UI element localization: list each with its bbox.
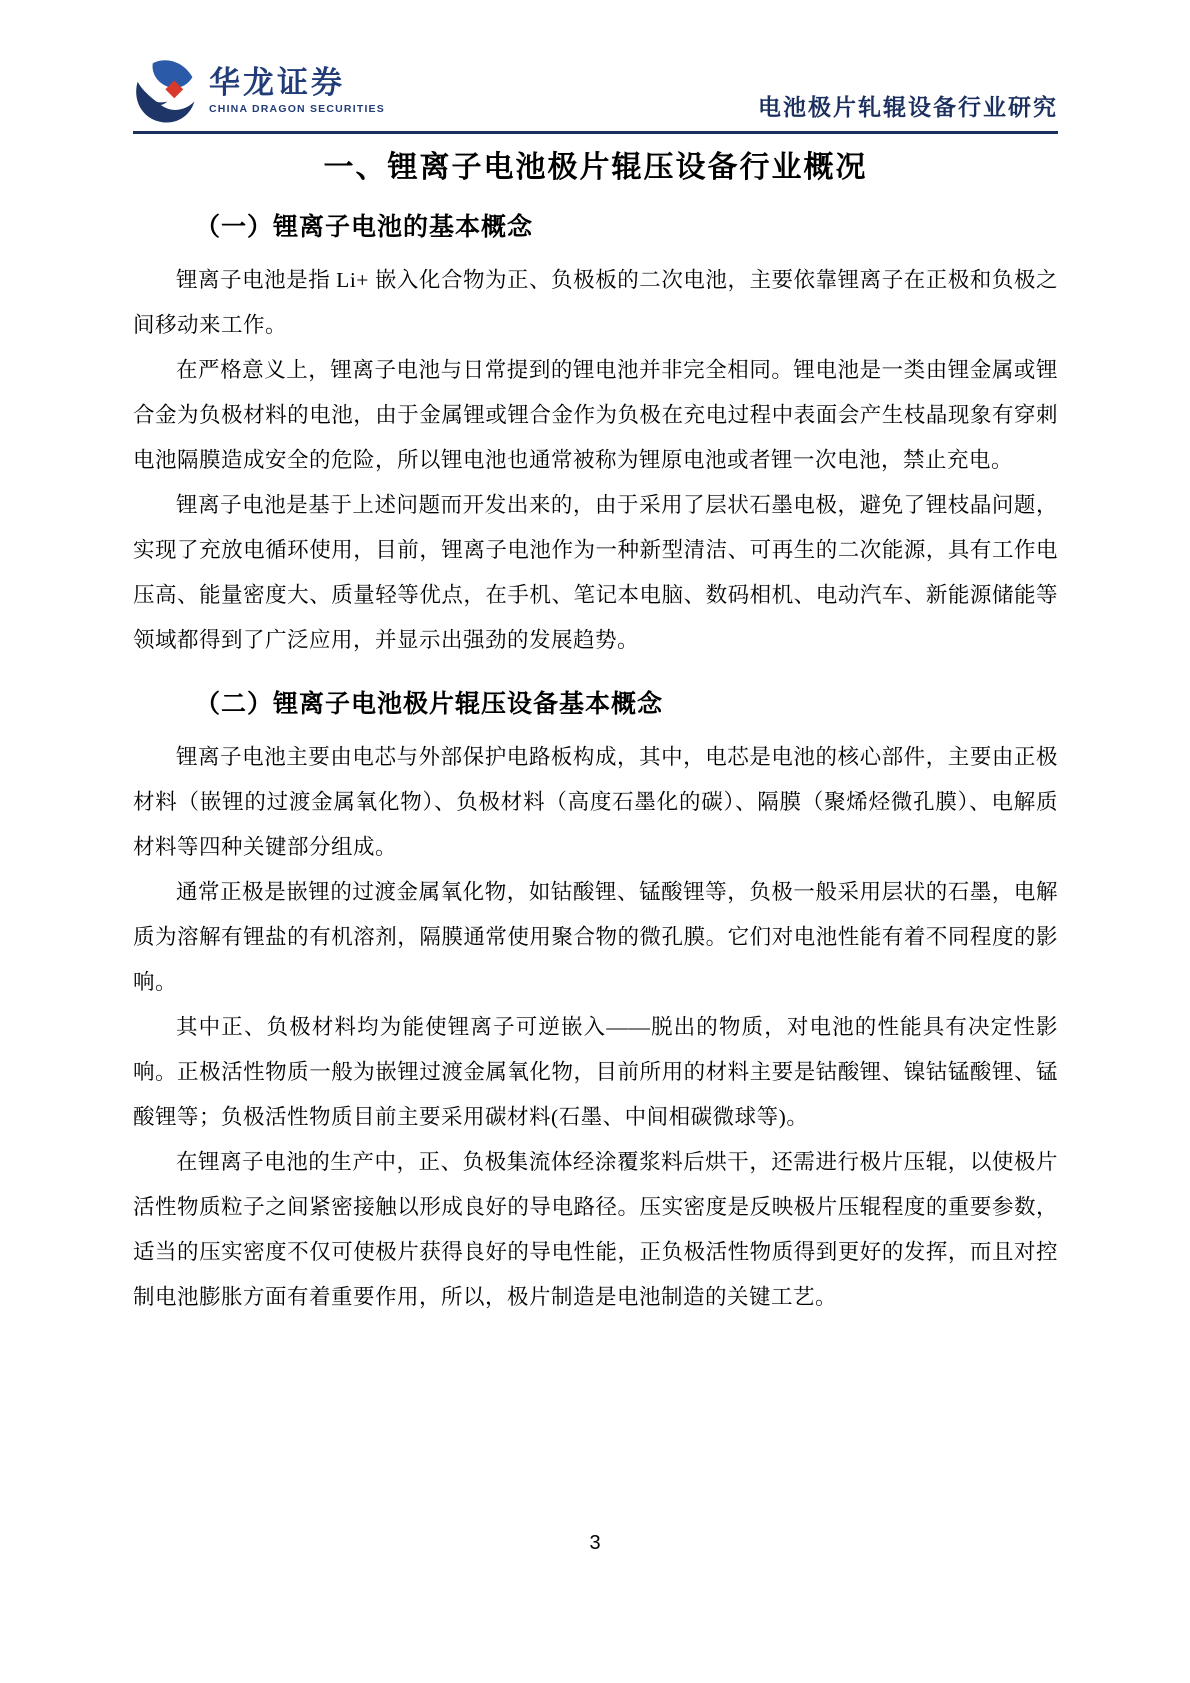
logo-name-cn: 华龙证券 — [209, 67, 385, 98]
report-series-title: 电池极片轧辊设备行业研究 — [758, 89, 1058, 124]
document-title: 一、锂离子电池极片辊压设备行业概况 — [133, 146, 1058, 190]
company-logo: 华龙证券 CHINA DRAGON SECURITIES — [133, 58, 385, 124]
page-header: 华龙证券 CHINA DRAGON SECURITIES 电池极片轧辊设备行业研… — [133, 58, 1058, 134]
paragraph: 其中正、负极材料均为能使锂离子可逆嵌入——脱出的物质，对电池的性能具有决定性影响… — [133, 1005, 1058, 1140]
paragraph: 通常正极是嵌锂的过渡金属氧化物，如钴酸锂、锰酸锂等，负极一般采用层状的石墨，电解… — [133, 870, 1058, 1005]
document-content: 一、锂离子电池极片辊压设备行业概况 （一）锂离子电池的基本概念 锂离子电池是指 … — [133, 146, 1058, 1320]
page-number: 3 — [0, 1532, 1190, 1555]
logo-name-en: CHINA DRAGON SECURITIES — [209, 104, 385, 115]
section-heading-2: （二）锂离子电池极片辊压设备基本概念 — [133, 683, 1058, 727]
section-heading-1: （一）锂离子电池的基本概念 — [133, 206, 1058, 250]
paragraph: 在锂离子电池的生产中，正、负极集流体经涂覆浆料后烘干，还需进行极片压辊，以使极片… — [133, 1140, 1058, 1320]
hualong-logo-icon — [133, 58, 199, 124]
paragraph: 在严格意义上，锂离子电池与日常提到的锂电池并非完全相同。锂电池是一类由锂金属或锂… — [133, 348, 1058, 483]
report-page: 华龙证券 CHINA DRAGON SECURITIES 电池极片轧辊设备行业研… — [0, 0, 1190, 1683]
paragraph: 锂离子电池是指 Li+ 嵌入化合物为正、负极板的二次电池，主要依靠锂离子在正极和… — [133, 258, 1058, 348]
logo-text: 华龙证券 CHINA DRAGON SECURITIES — [209, 67, 385, 115]
paragraph: 锂离子电池是基于上述问题而开发出来的，由于采用了层状石墨电极，避免了锂枝晶问题，… — [133, 483, 1058, 663]
paragraph: 锂离子电池主要由电芯与外部保护电路板构成，其中，电芯是电池的核心部件，主要由正极… — [133, 735, 1058, 870]
